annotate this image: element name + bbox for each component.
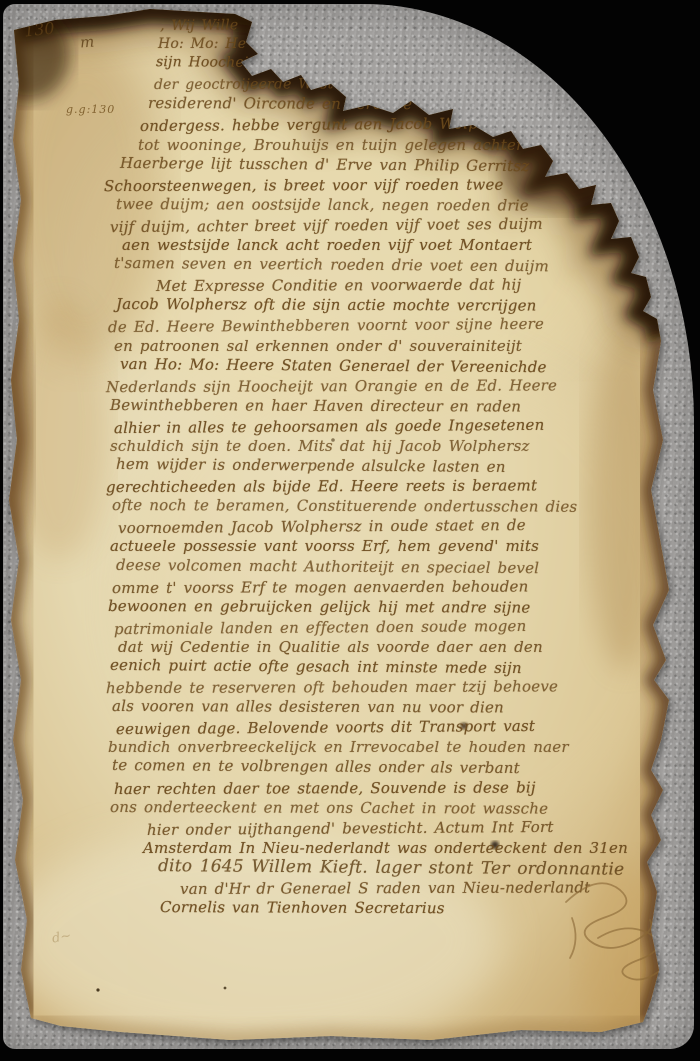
photographed-manuscript: 130 m g.g:130 d~ ‚ Wij WilleHo: Mo: Hesi… [0,0,700,1061]
